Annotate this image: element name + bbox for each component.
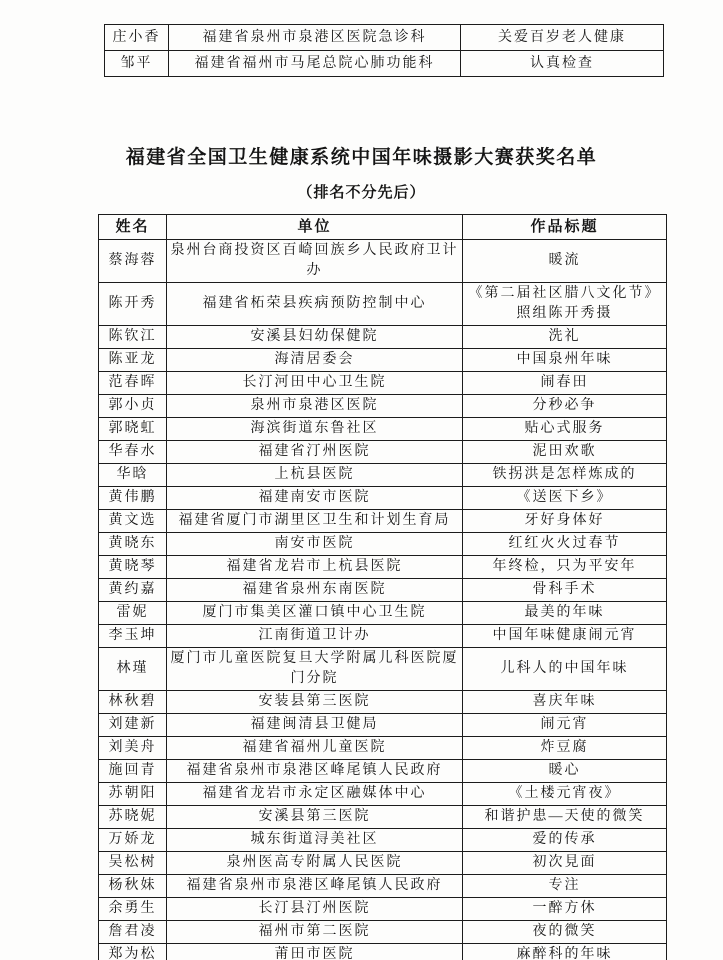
unit-cell: 安装县第三医院 [167, 691, 463, 714]
award-row: 杨秋妹福建省泉州市泉港区峰尾镇人民政府专注 [99, 875, 667, 898]
award-row: 刘美舟福建省福州儿童医院炸豆腐 [99, 737, 667, 760]
award-row: 郑为松莆田市医院麻醉科的年味 [99, 944, 667, 960]
work-title-cell: 儿科人的中国年味 [463, 648, 667, 691]
previous-awards-table-body: 庄小香福建省泉州市泉港区医院急诊科关爱百岁老人健康邹平福建省福州市马尾总院心肺功… [105, 25, 664, 77]
award-row: 华晗上杭县医院铁拐洪是怎样炼成的 [99, 464, 667, 487]
award-row: 黄伟鹏福建南安市医院《送医下乡》 [99, 487, 667, 510]
winner-name-cell: 詹君凌 [99, 921, 167, 944]
work-title-cell: 洗礼 [463, 326, 667, 349]
unit-cell: 泉州台商投资区百崎回族乡人民政府卫计办 [167, 240, 463, 283]
unit-cell: 福建省泉州东南医院 [167, 579, 463, 602]
award-row: 陈亚龙海清居委会中国泉州年味 [99, 349, 667, 372]
previous-award-row: 庄小香福建省泉州市泉港区医院急诊科关爱百岁老人健康 [105, 25, 664, 51]
winner-name-cell: 黄约嘉 [99, 579, 167, 602]
award-row: 陈开秀福建省柘荣县疾病预防控制中心《第二届社区腊八文化节》照组陈开秀摄 [99, 283, 667, 326]
winner-name-cell: 林秋碧 [99, 691, 167, 714]
unit-cell: 泉州医高专附属人民医院 [167, 852, 463, 875]
winner-name-cell: 吴松树 [99, 852, 167, 875]
unit-cell: 江南街道卫计办 [167, 625, 463, 648]
work-title-cell: 《第二届社区腊八文化节》照组陈开秀摄 [463, 283, 667, 326]
work-title-cell: 喜庆年味 [463, 691, 667, 714]
award-row: 郭小贞泉州市泉港区医院分秒必争 [99, 395, 667, 418]
work-title-cell: 牙好身体好 [463, 510, 667, 533]
award-row: 黄文选福建省厦门市湖里区卫生和计划生育局牙好身体好 [99, 510, 667, 533]
winner-name-cell: 黄文选 [99, 510, 167, 533]
award-row: 林秋碧安装县第三医院喜庆年味 [99, 691, 667, 714]
winner-name-cell: 华春水 [99, 441, 167, 464]
winner-name-cell: 黄晓琴 [99, 556, 167, 579]
work-title-cell: 和谐护患—天使的微笑 [463, 806, 667, 829]
scanned-document-page: 庄小香福建省泉州市泉港区医院急诊科关爱百岁老人健康邹平福建省福州市马尾总院心肺功… [0, 0, 723, 960]
awards-table-header-row: 姓名 单位 作品标题 [99, 215, 667, 240]
award-row: 刘建新福建闽清县卫健局闹元宵 [99, 714, 667, 737]
work-title-cell: 夜的微笑 [463, 921, 667, 944]
unit-cell: 福建南安市医院 [167, 487, 463, 510]
unit-cell: 城东街道浔美社区 [167, 829, 463, 852]
unit-cell: 长汀县汀州医院 [167, 898, 463, 921]
work-title-cell: 红红火火过春节 [463, 533, 667, 556]
winner-name-cell: 郭小贞 [99, 395, 167, 418]
winner-name-cell: 雷妮 [99, 602, 167, 625]
award-row: 黄约嘉福建省泉州东南医院骨科手术 [99, 579, 667, 602]
award-row: 苏朝阳福建省龙岩市永定区融媒体中心《土楼元宵夜》 [99, 783, 667, 806]
previous-award-row: 邹平福建省福州市马尾总院心肺功能科认真检查 [105, 51, 664, 77]
award-row: 詹君凌福州市第二医院夜的微笑 [99, 921, 667, 944]
unit-cell: 福州市第二医院 [167, 921, 463, 944]
previous-awards-table-fragment: 庄小香福建省泉州市泉港区医院急诊科关爱百岁老人健康邹平福建省福州市马尾总院心肺功… [104, 24, 664, 77]
winner-name-cell: 范春晖 [99, 372, 167, 395]
award-row: 余勇生长汀县汀州医院一醉方休 [99, 898, 667, 921]
unit-cell: 上杭县医院 [167, 464, 463, 487]
header-title: 作品标题 [463, 215, 667, 240]
winner-name-cell: 苏晓妮 [99, 806, 167, 829]
unit-cell: 莆田市医院 [167, 944, 463, 960]
award-row: 陈钦江安溪县妇幼保健院洗礼 [99, 326, 667, 349]
page-subtitle: （排名不分先后） [0, 181, 723, 202]
work-title-cell: 关爱百岁老人健康 [461, 25, 664, 51]
unit-cell: 海滨街道东鲁社区 [167, 418, 463, 441]
work-title-cell: 泥田欢歌 [463, 441, 667, 464]
winner-name-cell: 陈钦江 [99, 326, 167, 349]
winner-name-cell: 蔡海蓉 [99, 240, 167, 283]
unit-cell: 长汀河田中心卫生院 [167, 372, 463, 395]
winner-name-cell: 施回青 [99, 760, 167, 783]
unit-cell: 福建省福州市马尾总院心肺功能科 [169, 51, 461, 77]
award-row: 郭晓虹海滨街道东鲁社区贴心式服务 [99, 418, 667, 441]
winner-name-cell: 刘美舟 [99, 737, 167, 760]
work-title-cell: 闹元宵 [463, 714, 667, 737]
award-row: 雷妮厦门市集美区灌口镇中心卫生院最美的年味 [99, 602, 667, 625]
winner-name-cell: 余勇生 [99, 898, 167, 921]
unit-cell: 福建省厦门市湖里区卫生和计划生育局 [167, 510, 463, 533]
award-row: 华春水福建省汀州医院泥田欢歌 [99, 441, 667, 464]
awards-table: 姓名 单位 作品标题 蔡海蓉泉州台商投资区百崎回族乡人民政府卫计办暖流陈开秀福建… [98, 214, 667, 960]
unit-cell: 福建省汀州医院 [167, 441, 463, 464]
unit-cell: 安溪县妇幼保健院 [167, 326, 463, 349]
work-title-cell: 认真检查 [461, 51, 664, 77]
unit-cell: 厦门市集美区灌口镇中心卫生院 [167, 602, 463, 625]
award-row: 范春晖长汀河田中心卫生院闹春田 [99, 372, 667, 395]
work-title-cell: 分秒必争 [463, 395, 667, 418]
winner-name-cell: 刘建新 [99, 714, 167, 737]
unit-cell: 福建省龙岩市永定区融媒体中心 [167, 783, 463, 806]
work-title-cell: 一醉方休 [463, 898, 667, 921]
unit-cell: 海清居委会 [167, 349, 463, 372]
unit-cell: 福建省泉州市泉港区峰尾镇人民政府 [167, 760, 463, 783]
unit-cell: 厦门市儿童医院复旦大学附属儿科医院厦门分院 [167, 648, 463, 691]
award-row: 李玉坤江南街道卫计办中国年味健康闹元宵 [99, 625, 667, 648]
winner-name-cell: 林瑾 [99, 648, 167, 691]
work-title-cell: 专注 [463, 875, 667, 898]
work-title-cell: 《土楼元宵夜》 [463, 783, 667, 806]
winner-name-cell: 杨秋妹 [99, 875, 167, 898]
work-title-cell: 暖流 [463, 240, 667, 283]
unit-cell: 福建省龙岩市上杭县医院 [167, 556, 463, 579]
page-title: 福建省全国卫生健康系统中国年味摄影大赛获奖名单 [0, 142, 723, 169]
unit-cell: 福建闽清县卫健局 [167, 714, 463, 737]
unit-cell: 福建省福州儿童医院 [167, 737, 463, 760]
award-row: 黄晓东南安市医院红红火火过春节 [99, 533, 667, 556]
award-row: 吴松树泉州医高专附属人民医院初次見面 [99, 852, 667, 875]
work-title-cell: 麻醉科的年味 [463, 944, 667, 960]
award-row: 林瑾厦门市儿童医院复旦大学附属儿科医院厦门分院儿科人的中国年味 [99, 648, 667, 691]
winner-name-cell: 黄晓东 [99, 533, 167, 556]
award-row: 蔡海蓉泉州台商投资区百崎回族乡人民政府卫计办暖流 [99, 240, 667, 283]
work-title-cell: 闹春田 [463, 372, 667, 395]
unit-cell: 福建省泉州市泉港区医院急诊科 [169, 25, 461, 51]
work-title-cell: 贴心式服务 [463, 418, 667, 441]
unit-cell: 福建省泉州市泉港区峰尾镇人民政府 [167, 875, 463, 898]
award-row: 万娇龙城东街道浔美社区爱的传承 [99, 829, 667, 852]
award-row: 苏晓妮安溪县第三医院和谐护患—天使的微笑 [99, 806, 667, 829]
work-title-cell: 初次見面 [463, 852, 667, 875]
winner-name-cell: 陈亚龙 [99, 349, 167, 372]
winner-name-cell: 黄伟鹏 [99, 487, 167, 510]
work-title-cell: 最美的年味 [463, 602, 667, 625]
unit-cell: 泉州市泉港区医院 [167, 395, 463, 418]
header-name: 姓名 [99, 215, 167, 240]
work-title-cell: 中国年味健康闹元宵 [463, 625, 667, 648]
work-title-cell: 暖心 [463, 760, 667, 783]
award-row: 施回青福建省泉州市泉港区峰尾镇人民政府暖心 [99, 760, 667, 783]
awards-table-body: 蔡海蓉泉州台商投资区百崎回族乡人民政府卫计办暖流陈开秀福建省柘荣县疾病预防控制中… [99, 240, 667, 960]
winner-name-cell: 庄小香 [105, 25, 169, 51]
work-title-cell: 《送医下乡》 [463, 487, 667, 510]
work-title-cell: 爱的传承 [463, 829, 667, 852]
winner-name-cell: 李玉坤 [99, 625, 167, 648]
award-row: 黄晓琴福建省龙岩市上杭县医院年终检，只为平安年 [99, 556, 667, 579]
winner-name-cell: 邹平 [105, 51, 169, 77]
winner-name-cell: 陈开秀 [99, 283, 167, 326]
unit-cell: 福建省柘荣县疾病预防控制中心 [167, 283, 463, 326]
winner-name-cell: 华晗 [99, 464, 167, 487]
winner-name-cell: 苏朝阳 [99, 783, 167, 806]
work-title-cell: 年终检，只为平安年 [463, 556, 667, 579]
work-title-cell: 中国泉州年味 [463, 349, 667, 372]
winner-name-cell: 郑为松 [99, 944, 167, 960]
winner-name-cell: 万娇龙 [99, 829, 167, 852]
work-title-cell: 铁拐洪是怎样炼成的 [463, 464, 667, 487]
winner-name-cell: 郭晓虹 [99, 418, 167, 441]
unit-cell: 南安市医院 [167, 533, 463, 556]
work-title-cell: 骨科手术 [463, 579, 667, 602]
unit-cell: 安溪县第三医院 [167, 806, 463, 829]
header-unit: 单位 [167, 215, 463, 240]
work-title-cell: 炸豆腐 [463, 737, 667, 760]
